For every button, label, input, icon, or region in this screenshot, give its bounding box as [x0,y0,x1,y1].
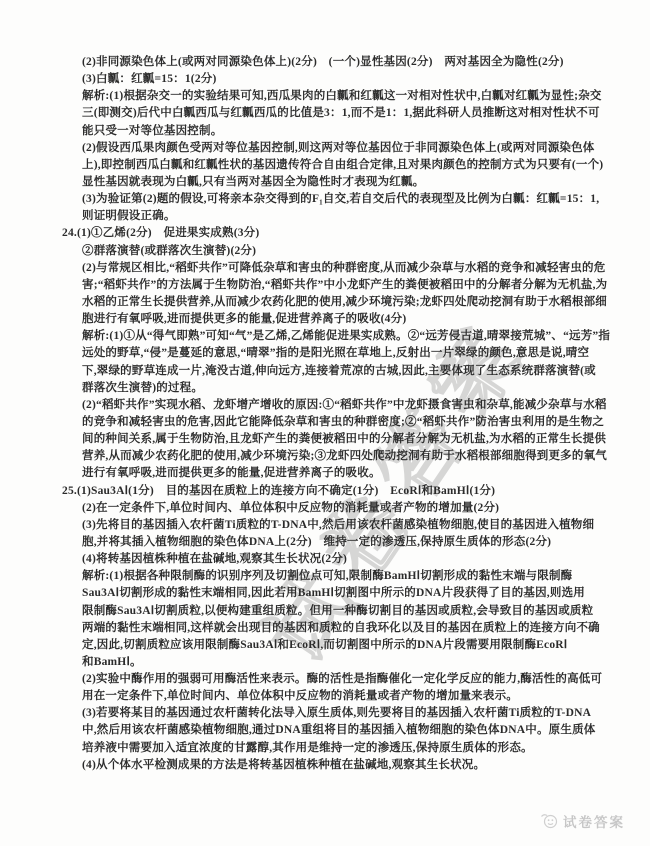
text-line: (2)与常规区相比,“稻虾共作”可降低杂草和害虫的种群密度,从而减少杂草与水稻的… [62,260,582,277]
text-line: 远处的野草,“侵”是蔓延的意思,“晴翠”指的是阳光照在草地上,反射出一片翠绿的颜… [62,345,582,362]
text-line: (2)实验中酶作用的强弱可用酶活性来表示。酶的活性是指酶催化一定化学反应的能力,… [62,671,582,688]
text-line: Sau3AⅠ切割形成的黏性末端相同,因此若用BamHⅠ切割图中所示的DNA片段获… [62,585,582,602]
text-line: 定,因此,切割质粒应该用限制酶Sau3AⅠ和EcoRⅠ,而切割图中所示的DNA片… [62,637,582,654]
answer-sheet-page: 试卷答案 (2)非同源染色体上(或两对同源染色体上)(2分) (一个)显性基因(… [0,0,650,846]
text-line: (3)白瓤：红瓤=15：1(2分) [62,71,582,88]
text-line: (2)“稻虾共作”实现水稻、龙虾增产增收的原因:①“稻虾共作”中龙虾摄食害虫和杂… [62,397,582,414]
text-line: ②群落演替(或群落次生演替)(2分) [62,243,582,260]
text-line: (3)先将目的基因插入农杆菌Ti质粒的T-DNA中,然后用该农杆菌感染植物细胞,… [62,517,582,534]
text-line: 胞,并将其插入植物细胞的染色体DNA上(2分) 维持一定的渗透压,保持原生质体的… [62,534,582,551]
text-line: 下,翠绿的野草连成一片,淹没古道,伸向远方,连接着荒凉的古城,因此,主要体现了生… [62,363,582,380]
question-24-start-line: 24.(1)①乙烯(2分) 促进果实成熟(3分) [62,225,582,242]
text-line: 进行有氧呼吸,进而提供更多的能量,促进营养离子的吸收。 [62,465,582,482]
text-line: 用在一定条件下,单位时间内、单位体积中反应物的消耗量或者产物的增加量来表示。 [62,688,582,705]
text-line: 解析:(1)根据各种限制酶的识别序列及切割位点可知,限制酶BamHⅠ切割形成的黏… [62,568,582,585]
brand-label: 试卷答案 [563,811,625,831]
text-line: 水稻的正常生长提供营养,从而减少农药化肥的使用,减少环境污染;龙虾四处爬动挖洞有… [62,294,582,311]
text-line: 三(即测交)后代中白瓤西瓜与红瓤西瓜的比值是3：1,而不是1：1,据此科研人员推… [62,105,582,122]
text-line: 和BamHⅠ。 [62,654,582,671]
brand-footer: 试卷答案 [540,811,625,831]
text-line: (3)若要将某目的基因通过农杆菌转化法导入原生质体,则先要将目的基因插入农杆菌T… [62,705,582,722]
text-line: 害;“稻虾共作”的方法属于生物防治,“稻虾共作”中小龙虾产生的粪便被稻田中的分解… [62,277,582,294]
text-line: 中,然后用该农杆菌感染植物细胞,通过DNA重组将目的基因插入植物细胞的染色体DN… [62,722,582,739]
text-line: 解析:(1)根据杂交一的实验结果可知,西瓜果肉的白瓤和红瓤这一对相对性状中,白瓤… [62,88,582,105]
text-line: (4)从个体水平检测成果的方法是将转基因植株种植在盐碱地,观察其生长状况。 [62,757,582,774]
text-line: 间的种间关系,属于生物防治,且龙虾产生的粪便被稻田中的分解者分解为无机盐,为水稻… [62,431,582,448]
text-line: (3)为验证第(2)题的假设,可将亲本杂交得到的F₁自交,若自交后代的表现型及比… [62,191,582,208]
text-line: 上),即控制西瓜白瓤和红瓤性状的基因遗传符合自由组合定律,且对果肉颜色的控制方式… [62,157,582,174]
text-line: 两端的黏性末端相同,这样就会出现目的基因和质粒的自我环化以及目的基因在质粒上的连… [62,620,582,637]
text-line: 培养液中需要加入适宜浓度的甘露醇,其作用是维持一定的渗透压,保持原生质体的形态。 [62,740,582,757]
text-line: 营养,从而减少农药化肥的使用,减少环境污染;③龙虾四处爬动挖洞有助于水稻根部细胞… [62,448,582,465]
text-line: (2)假设西瓜果肉颜色受两对等位基因控制,则这两对等位基因位于非同源染色体上(或… [62,140,582,157]
text-line: (2)非同源染色体上(或两对同源染色体上)(2分) (一个)显性基因(2分) 两… [62,54,582,71]
smiley-face-logo-icon [540,813,558,829]
text-line: 能只受一对等位基因控制。 [62,123,582,140]
text-line: (2)在一定条件下,单位时间内、单位体积中反应物的消耗量或者产物的增加量(2分) [62,500,582,517]
text-line: 则证明假设正确。 [62,208,582,225]
answer-text-block: (2)非同源染色体上(或两对同源染色体上)(2分) (一个)显性基因(2分) 两… [62,54,582,774]
text-line: 限制酶Sau3AⅠ切割质粒,以便构建重组质粒。但用一种酶切割目的基因或质粒,会导… [62,603,582,620]
text-line: 胞进行有氧呼吸,进而提供更多的能量,促进营养离子的吸收(4分) [62,311,582,328]
text-line: (4)将转基因植株种植在盐碱地,观察其生长状况(2分) [62,551,582,568]
text-line: 群落次生演替)的过程。 [62,380,582,397]
question-25-start-line: 25.(1)Sau3AⅠ(1分) 目的基因在质粒上的连接方向不确定(1分) Ec… [62,483,582,500]
text-line: 显性基因就表现为白瓤,只有当两对基因全为隐性时才表现为红瓤。 [62,174,582,191]
text-line: 解析:(1)①从“得气即熟”可知“气”是乙烯,乙烯能促进果实成熟。②“远芳侵古道… [62,328,582,345]
text-line: 的竞争和减轻害虫的危害,因此它能降低杂草和害虫的种群密度;②“稻虾共作”防治害虫… [62,414,582,431]
